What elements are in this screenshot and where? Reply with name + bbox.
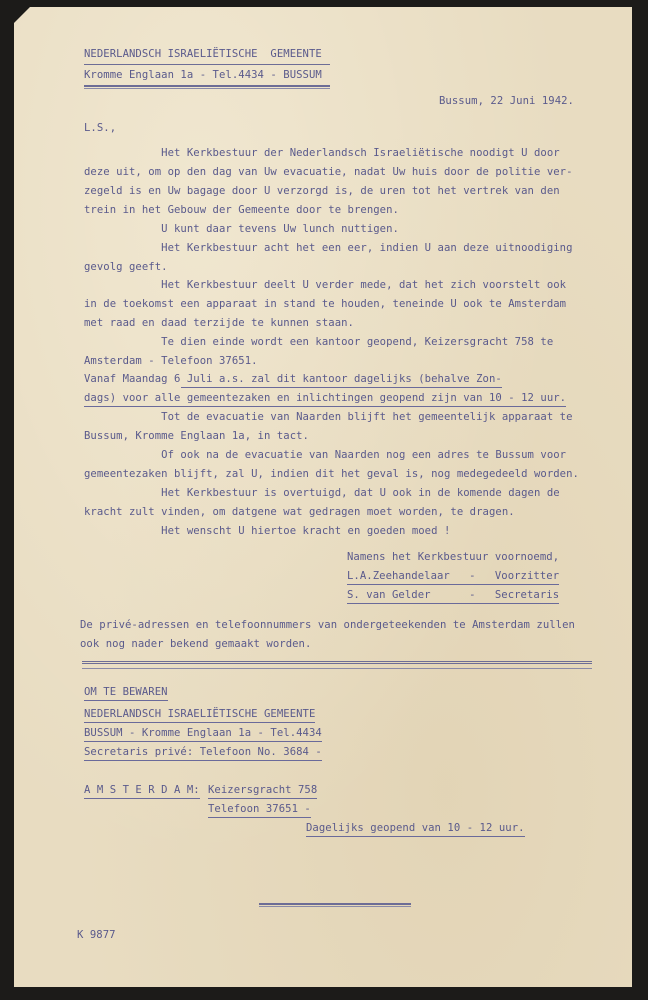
bottom-rule (259, 903, 411, 907)
underlined-line: Vanaf Maandag 6 Juli a.s. zal dit kantoo… (181, 373, 502, 388)
signature-intro: Namens het Kerkbestuur voornoemd, (347, 551, 559, 563)
keep-line: BUSSUM - Kromme Englaan 1a - Tel.4434 (84, 727, 322, 742)
body-line: kracht zult vinden, om datgene wat gedra… (84, 506, 515, 518)
postscript-line: ook nog nader bekend gemaakt worden. (80, 638, 311, 650)
keep-heading: OM TE BEWAREN (84, 686, 168, 701)
body-line: Of ook na de evacuatie van Naarden nog e… (84, 449, 566, 461)
amsterdam-label: A M S T E R D A M: (84, 784, 200, 799)
body-line: U kunt daar tevens Uw lunch nuttigen. (84, 223, 399, 235)
postscript-line: De privé-adressen en telefoonnummers van… (80, 619, 575, 631)
body-line: deze uit, om op den dag van Uw evacuatie… (84, 166, 573, 178)
amsterdam-hours: Dagelijks geopend van 10 - 12 uur. (306, 822, 525, 837)
keep-line: Secretaris privé: Telefoon No. 3684 - (84, 746, 322, 761)
signer-secretary: S. van Gelder - Secretaris (347, 589, 559, 604)
signer-chairman: L.A.Zeehandelaar - Voorzitter (347, 570, 559, 585)
body-line: Het Kerkbestuur acht het een eer, indien… (84, 242, 573, 254)
body-line: zegeld is en Uw bagage door U verzorgd i… (84, 185, 560, 197)
separator-rule (82, 661, 592, 669)
archive-number: K 9877 (77, 929, 116, 941)
body-line: Bussum, Kromme Englaan 1a, in tact. (84, 430, 309, 442)
amsterdam-phone: Telefoon 37651 - (208, 803, 311, 818)
body-line: Het wenscht U hiertoe kracht en goeden m… (84, 525, 450, 537)
body-line: in de toekomst een apparaat in stand te … (84, 298, 566, 310)
letterhead-rule-1 (84, 64, 330, 65)
body-line: Het Kerkbestuur der Nederlandsch Israeli… (84, 147, 560, 159)
date-line: Bussum, 22 Juni 1942. (439, 95, 574, 107)
body-line: gevolg geeft. (84, 261, 168, 273)
letterhead-rule-2 (84, 85, 330, 89)
body-line: gemeentezaken blijft, zal U, indien dit … (84, 468, 579, 480)
body-line: Te dien einde wordt een kantoor geopend,… (84, 336, 553, 348)
body-line: Amsterdam - Telefoon 37651. (84, 355, 258, 367)
letterhead-address: Kromme Englaan 1a - Tel.4434 - BUSSUM (84, 69, 322, 81)
body-line: Tot de evacuatie van Naarden blijft het … (84, 411, 573, 423)
amsterdam-address: Keizersgracht 758 (208, 784, 317, 799)
salutation: L.S., (84, 122, 116, 134)
body-line: Het Kerkbestuur deelt U verder mede, dat… (84, 279, 566, 291)
body-line: trein in het Gebouw der Gemeente door te… (84, 204, 399, 216)
letterhead-org: NEDERLANDSCH ISRAELIËTISCHE GEMEENTE (84, 48, 322, 60)
keep-line: NEDERLANDSCH ISRAELIËTISCHE GEMEENTE (84, 708, 315, 723)
underlined-line: dags) voor alle gemeentezaken en inlicht… (84, 392, 566, 407)
body-line: Het Kerkbestuur is overtuigd, dat U ook … (84, 487, 560, 499)
document-page: NEDERLANDSCH ISRAELIËTISCHE GEMEENTE Kro… (14, 7, 632, 987)
body-line: met raad en daad terzijde te kunnen staa… (84, 317, 354, 329)
